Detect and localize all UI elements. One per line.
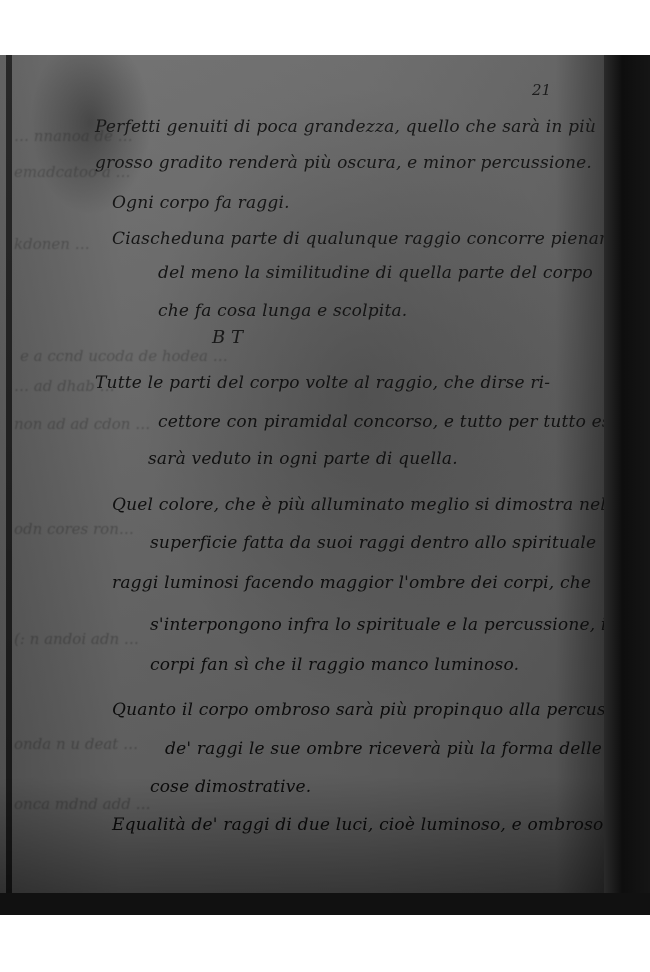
manuscript-line: superficie fatta da suoi raggi dentro al…: [150, 533, 596, 553]
bleed-through-text: onca mdnd add …: [14, 795, 151, 813]
manuscript-line: raggi luminosi facendo maggior l'ombre d…: [112, 573, 591, 593]
manuscript-line: del meno la similitudine di quella parte…: [158, 263, 593, 283]
bleed-through-text: odn cores ron…: [14, 520, 134, 538]
manuscript-line: sarà veduto in ogni parte di quella.: [148, 449, 458, 469]
bleed-through-text: (: n andoi adn …: [14, 630, 139, 648]
manuscript-page: … nnanoa de … emadcatoo a … kdonen … e a…: [0, 55, 604, 905]
folio-number: 21: [532, 81, 551, 99]
bleed-through-text: emadcatoo a …: [14, 163, 131, 181]
manuscript-line: de' raggi le sue ombre riceverà più la f…: [165, 739, 602, 759]
binding-line: [6, 55, 12, 893]
section-heading: B T: [212, 327, 243, 348]
manuscript-line: che fa cosa lunga e scolpita.: [158, 301, 407, 321]
bleed-through-text: … ad dhab …: [14, 377, 115, 395]
manuscript-line: s'interpongono infra lo spirituale e la …: [150, 615, 650, 635]
manuscript-scan: … nnanoa de … emadcatoo a … kdonen … e a…: [0, 55, 650, 915]
manuscript-line: cose dimostrative.: [150, 777, 311, 797]
bleed-through-text: non ad ad cdon …: [14, 415, 150, 433]
scan-bottom-border: [0, 893, 650, 915]
bleed-through-text: … nnanoa de …: [14, 127, 133, 145]
manuscript-line: Ciascheduna parte di qualunque raggio co…: [112, 229, 621, 249]
page-edge-shadow: [604, 55, 650, 915]
bleed-through-text: kdonen …: [14, 235, 90, 253]
manuscript-line: Quanto il corpo ombroso sarà più propinq…: [112, 700, 650, 720]
manuscript-line: Perfetti genuiti di poca grandezza, quel…: [95, 117, 596, 137]
manuscript-line: cettore con piramidal concorso, e tutto …: [158, 412, 630, 432]
manuscript-line: grosso gradito renderà più oscura, e min…: [95, 153, 592, 173]
bleed-through-text: onda n u deat …: [14, 735, 138, 753]
manuscript-line: Tutte le parti del corpo volte al raggio…: [95, 373, 550, 393]
manuscript-line: Quel colore, che è più alluminato meglio…: [112, 495, 622, 515]
manuscript-line: Equalità de' raggi di due luci, cioè lum…: [112, 815, 609, 835]
manuscript-line: Ogni corpo fa raggi.: [112, 193, 290, 213]
bleed-through-text: e a ccnd ucoda de hodea …: [20, 347, 228, 365]
manuscript-line: corpi fan sì che il raggio manco luminos…: [150, 655, 519, 675]
